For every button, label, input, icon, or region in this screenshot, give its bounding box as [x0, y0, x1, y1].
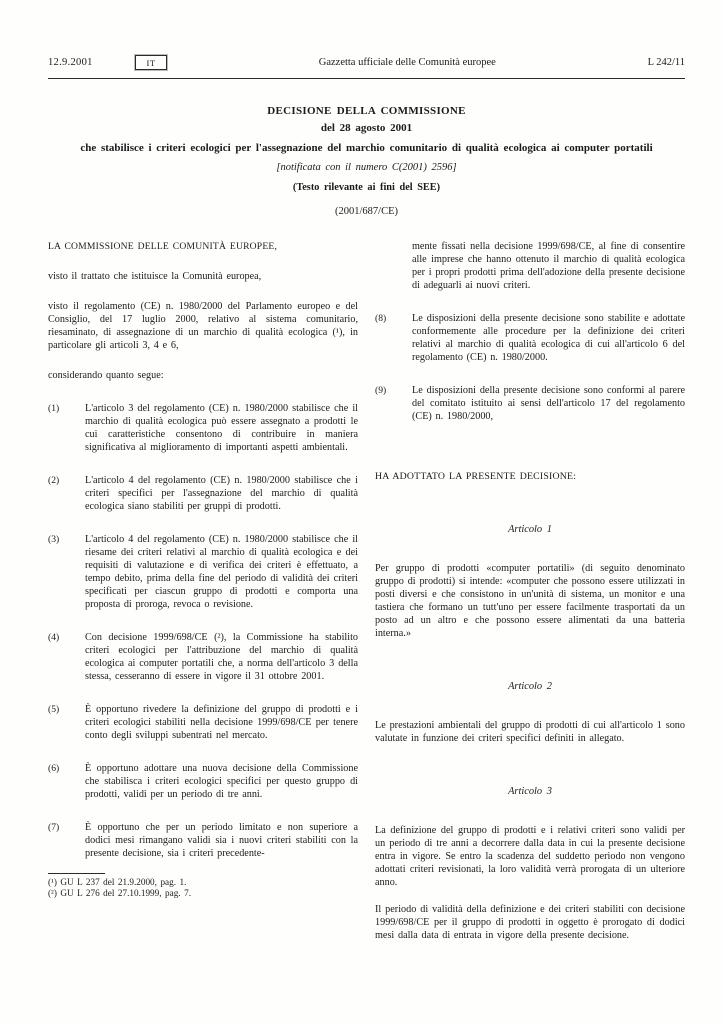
recital-7-continuation: mente fissati nella decisione 1999/698/C… — [412, 240, 685, 292]
language-code-box: IT — [135, 55, 167, 70]
recital-1: (1) L'articolo 3 del regolamento (CE) n.… — [48, 402, 358, 454]
left-column: LA COMMISSIONE DELLE COMUNITÀ EUROPEE, v… — [48, 240, 358, 942]
header-date: 12.9.2001 — [48, 57, 135, 68]
recital-number: (3) — [48, 533, 85, 611]
citation-paragraph: visto il regolamento (CE) n. 1980/2000 d… — [48, 300, 358, 352]
article-3-text: La definizione del gruppo di prodotti e … — [375, 824, 685, 889]
footnote-1: (¹) GU L 237 del 21.9.2000, pag. 1. — [48, 877, 358, 888]
recital-number: (5) — [48, 703, 85, 742]
decision-reference: (2001/687/CE) — [48, 206, 685, 217]
language-code: IT — [146, 58, 155, 68]
article-2-text: Le prestazioni ambientali del gruppo di … — [375, 719, 685, 745]
title-block: DECISIONE DELLA COMMISSIONE del 28 agost… — [48, 105, 685, 217]
citation-paragraph: visto il trattato che istituisce la Comu… — [48, 270, 358, 283]
recital-6: (6) È opportuno adottare una nuova decis… — [48, 762, 358, 801]
document-subject: che stabilisce i criteri ecologici per l… — [48, 142, 685, 155]
article-1-heading: Articolo 1 — [375, 523, 685, 536]
footnotes-block: (¹) GU L 237 del 21.9.2000, pag. 1. (²) … — [48, 873, 358, 898]
recital-text: L'articolo 4 del regolamento (CE) n. 198… — [85, 533, 358, 611]
running-header: 12.9.2001 IT Gazzetta ufficiale delle Co… — [48, 54, 685, 71]
recital-9: (9) Le disposizioni della presente decis… — [375, 384, 685, 423]
recital-text: L'articolo 4 del regolamento (CE) n. 198… — [85, 474, 358, 513]
recital-4: (4) Con decisione 1999/698/CE (²), la Co… — [48, 631, 358, 683]
recital-8: (8) Le disposizioni della presente decis… — [375, 312, 685, 364]
recital-number: (4) — [48, 631, 85, 683]
notification-number: [notificata con il numero C(2001) 2596] — [48, 162, 685, 173]
body-columns: LA COMMISSIONE DELLE COMUNITÀ EUROPEE, v… — [48, 240, 685, 942]
recital-number: (1) — [48, 402, 85, 454]
recital-text: Le disposizioni della presente decisione… — [412, 384, 685, 423]
recital-text: Le disposizioni della presente decisione… — [412, 312, 685, 364]
footnote-rule — [48, 873, 105, 874]
footnote-2: (²) GU L 276 del 27.10.1999, pag. 7. — [48, 888, 358, 899]
article-3-heading: Articolo 3 — [375, 785, 685, 798]
recital-text: Con decisione 1999/698/CE (²), la Commis… — [85, 631, 358, 683]
article-2-heading: Articolo 2 — [375, 680, 685, 693]
eea-relevance-note: (Testo rilevante ai fini del SEE) — [48, 182, 685, 193]
right-column: mente fissati nella decisione 1999/698/C… — [375, 240, 685, 942]
adoption-formula: HA ADOTTATO LA PRESENTE DECISIONE: — [375, 470, 685, 483]
considering-lead-in: considerando quanto segue: — [48, 369, 358, 382]
recital-text: È opportuno che per un periodo limitato … — [85, 821, 358, 860]
recital-7: (7) È opportuno che per un periodo limit… — [48, 821, 358, 860]
journal-title: Gazzetta ufficiale delle Comunità europe… — [167, 57, 648, 68]
document-type-title: DECISIONE DELLA COMMISSIONE — [48, 105, 685, 117]
document-date-line: del 28 agosto 2001 — [48, 122, 685, 134]
recital-text: L'articolo 3 del regolamento (CE) n. 198… — [85, 402, 358, 454]
recital-text: È opportuno adottare una nuova decisione… — [85, 762, 358, 801]
recital-number: (8) — [375, 312, 412, 364]
article-1-text: Per gruppo di prodotti «computer portati… — [375, 562, 685, 640]
recital-number: (6) — [48, 762, 85, 801]
recital-3: (3) L'articolo 4 del regolamento (CE) n.… — [48, 533, 358, 611]
page-reference: L 242/11 — [648, 57, 685, 68]
recital-5: (5) È opportuno rivedere la definizione … — [48, 703, 358, 742]
commission-opening-line: LA COMMISSIONE DELLE COMUNITÀ EUROPEE, — [48, 240, 358, 253]
recital-2: (2) L'articolo 4 del regolamento (CE) n.… — [48, 474, 358, 513]
recital-number: (2) — [48, 474, 85, 513]
article-3-text-2: Il periodo di validità della definizione… — [375, 903, 685, 942]
recital-number: (7) — [48, 821, 85, 860]
document-page: 12.9.2001 IT Gazzetta ufficiale delle Co… — [0, 0, 724, 1024]
header-rule — [48, 78, 685, 79]
recital-text: È opportuno rivedere la definizione del … — [85, 703, 358, 742]
recital-number: (9) — [375, 384, 412, 423]
